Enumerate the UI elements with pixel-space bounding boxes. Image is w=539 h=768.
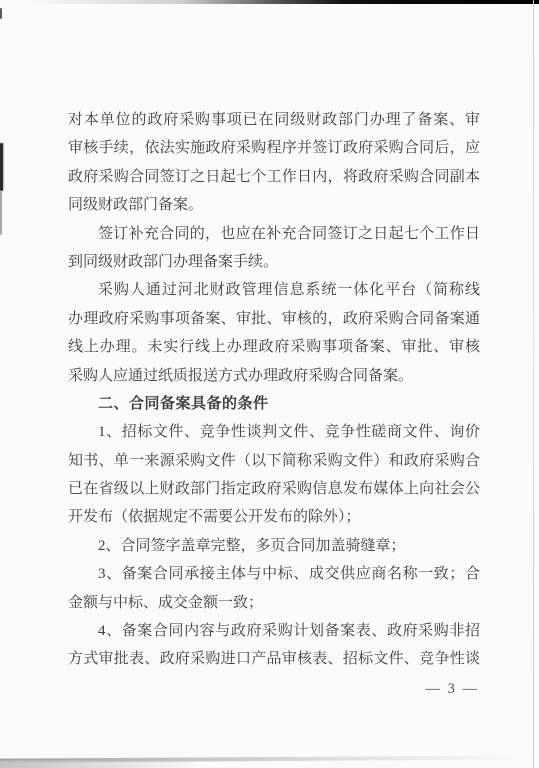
text-line: 同级财政部门备案。 bbox=[68, 191, 480, 219]
text-line: 签订补充合同的，也应在补充合同签订之日起七个工作日内 bbox=[68, 220, 480, 248]
text-line: 知书、单一来源采购文件（以下简称采购文件）和政府采购合同 bbox=[68, 447, 480, 475]
text-line: 采购人应通过纸质报送方式办理政府采购合同备案。 bbox=[68, 362, 480, 390]
scan-artifact-right-edge bbox=[533, 0, 534, 768]
text-line: 2、合同签字盖章完整，多页合同加盖骑缝章； bbox=[68, 532, 480, 560]
text-line: 金额与中标、成交金额一致； bbox=[68, 589, 480, 617]
scan-artifact-left-smudge-light bbox=[0, 191, 2, 235]
text-line: 线上办理。未实行线上办理政府采购事项备案、审批、审核的， bbox=[68, 333, 480, 361]
scanned-document-page: 对本单位的政府采购事项已在同级财政部门办理了备案、审批、 审核手续，依法实施政府… bbox=[0, 0, 539, 768]
text-line: 开发布（依据规定不需要公开发布的除外）； bbox=[68, 503, 480, 531]
text-line: 已在省级以上财政部门指定政府采购信息发布媒体上向社会公 bbox=[68, 475, 480, 503]
text-line: 方式审批表、政府采购进口产品审核表、招标文件、竞争性谈判 bbox=[68, 645, 480, 673]
text-line: 到同级财政部门办理备案手续。 bbox=[68, 248, 480, 276]
text-line: 3、备案合同承接主体与中标、成交供应商名称一致；合同 bbox=[68, 560, 480, 588]
text-line: 4、备案合同内容与政府采购计划备案表、政府采购非招标 bbox=[68, 617, 480, 645]
text-line: 审核手续，依法实施政府采购程序并签订政府采购合同后，应在 bbox=[68, 134, 480, 162]
text-line: 1、招标文件、竞争性谈判文件、竞争性磋商文件、询价通 bbox=[68, 418, 480, 446]
text-line: 采购人通过河北财政管理信息系统一体化平台（简称线上） bbox=[68, 276, 480, 304]
scan-artifact-top-edge bbox=[30, 0, 539, 4]
document-body: 对本单位的政府采购事项已在同级财政部门办理了备案、审批、 审核手续，依法实施政府… bbox=[68, 106, 480, 674]
text-line: 办理政府采购事项备案、审批、审核的，政府采购合同备案通过 bbox=[68, 305, 480, 333]
page-number: — 3 — bbox=[426, 681, 480, 698]
scan-artifact-bottom-left-shade bbox=[0, 759, 200, 768]
text-line: 政府采购合同签订之日起七个工作日内，将政府采购合同副本报 bbox=[68, 163, 480, 191]
text-line: 对本单位的政府采购事项已在同级财政部门办理了备案、审批、 bbox=[68, 106, 480, 134]
scan-artifact-left-smudge bbox=[0, 143, 3, 191]
scan-artifact-top-left-mark bbox=[0, 8, 2, 19]
section-heading: 二、合同备案具备的条件 bbox=[68, 390, 480, 418]
